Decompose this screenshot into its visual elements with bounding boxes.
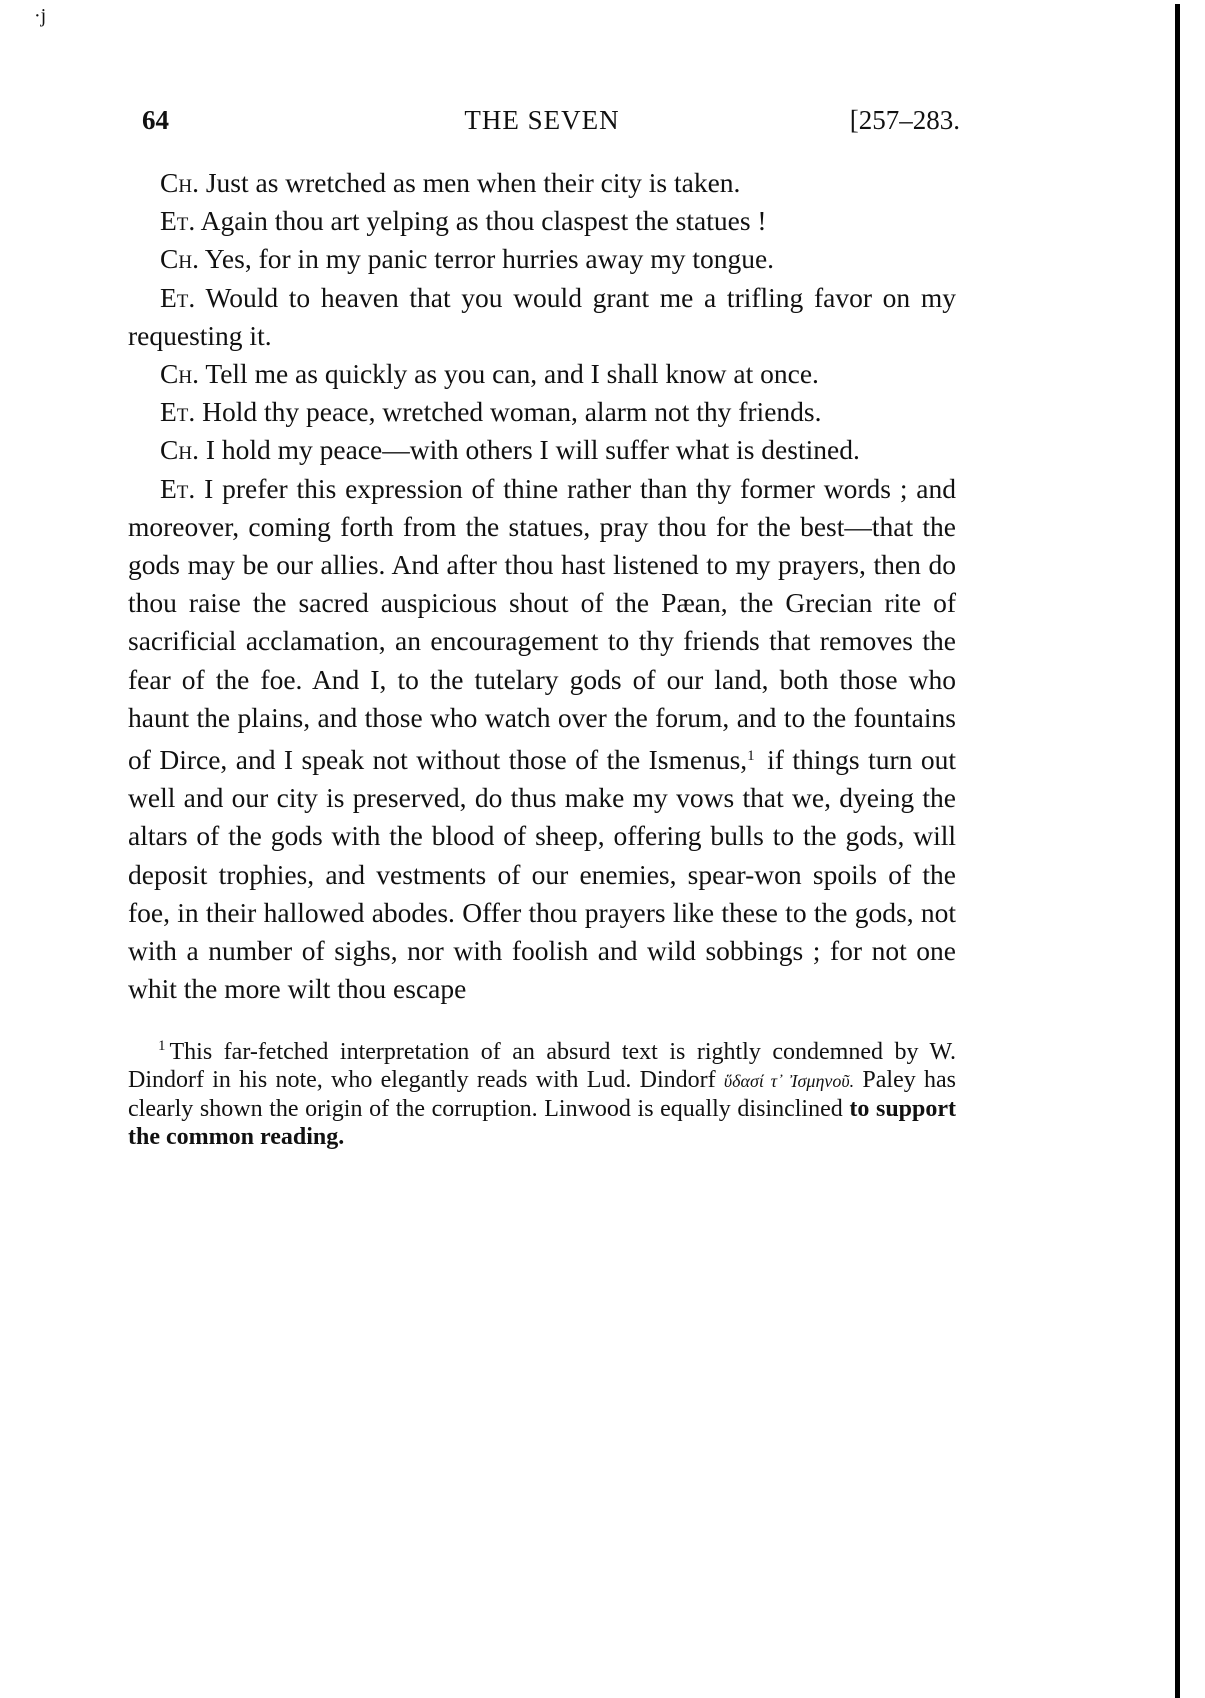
speech-text: Hold thy peace, wretched woman, alarm no… [195,396,821,427]
speech-text: I hold my peace—with others I will suffe… [199,434,860,465]
speech-paragraph: Ch. I hold my peace—with others I will s… [128,431,956,469]
speaker-label: Ch. [160,358,199,389]
speech-text: Just as wretched as men when their city … [199,167,740,198]
speaker-label: Et. [160,473,195,504]
speech-text: if things turn out well and our city is … [128,744,956,1004]
footnote-reference[interactable]: 1 [747,748,755,764]
speaker-label: Ch. [160,167,199,198]
page-edge-border [1175,4,1180,1698]
speech-text: Tell me as quickly as you can, and I sha… [199,358,819,389]
body-text: Ch. Just as wretched as men when their c… [128,164,956,1008]
footnote: 1This far-fetched interpretation of an a… [128,1032,956,1151]
speech-paragraph: Et. Would to heaven that you would grant… [128,279,956,355]
line-range: [257–283. [850,98,960,142]
footnote-mark: 1 [158,1038,166,1054]
speech-paragraph: Et. Hold thy peace, wretched woman, alar… [128,393,956,431]
speaker-label: Ch. [160,243,199,274]
speech-text: Yes, for in my panic terror hurries away… [199,243,774,274]
book-page: 64 THE SEVEN [257–283. Ch. Just as wretc… [128,98,956,1151]
speech-text: I prefer this expression of thine rather… [128,473,956,775]
speech-paragraph: Et. I prefer this expression of thine ra… [128,470,956,1009]
speech-paragraph: Ch. Just as wretched as men when their c… [128,164,956,202]
footnotes: 1This far-fetched interpretation of an a… [128,1032,956,1151]
speech-paragraph: Ch. Tell me as quickly as you can, and I… [128,355,956,393]
speech-text: Would to heaven that you would grant me … [128,282,956,351]
greek-quotation: ὕδασί τ᾽ Ἰσμηνοῦ. [724,1071,854,1091]
running-title: THE SEVEN [128,98,956,142]
running-head: 64 THE SEVEN [257–283. [128,98,956,142]
speech-paragraph: Et. Again thou art yelping as thou clasp… [128,202,956,240]
speech-paragraph: Ch. Yes, for in my panic terror hurries … [128,240,956,278]
speech-text: Again thou art yelping as thou claspest … [195,205,766,236]
speaker-label: Et. [160,282,195,313]
speaker-label: Et. [160,205,195,236]
speaker-label: Et. [160,396,195,427]
scan-corner-mark: ·j [34,6,46,26]
speaker-label: Ch. [160,434,199,465]
